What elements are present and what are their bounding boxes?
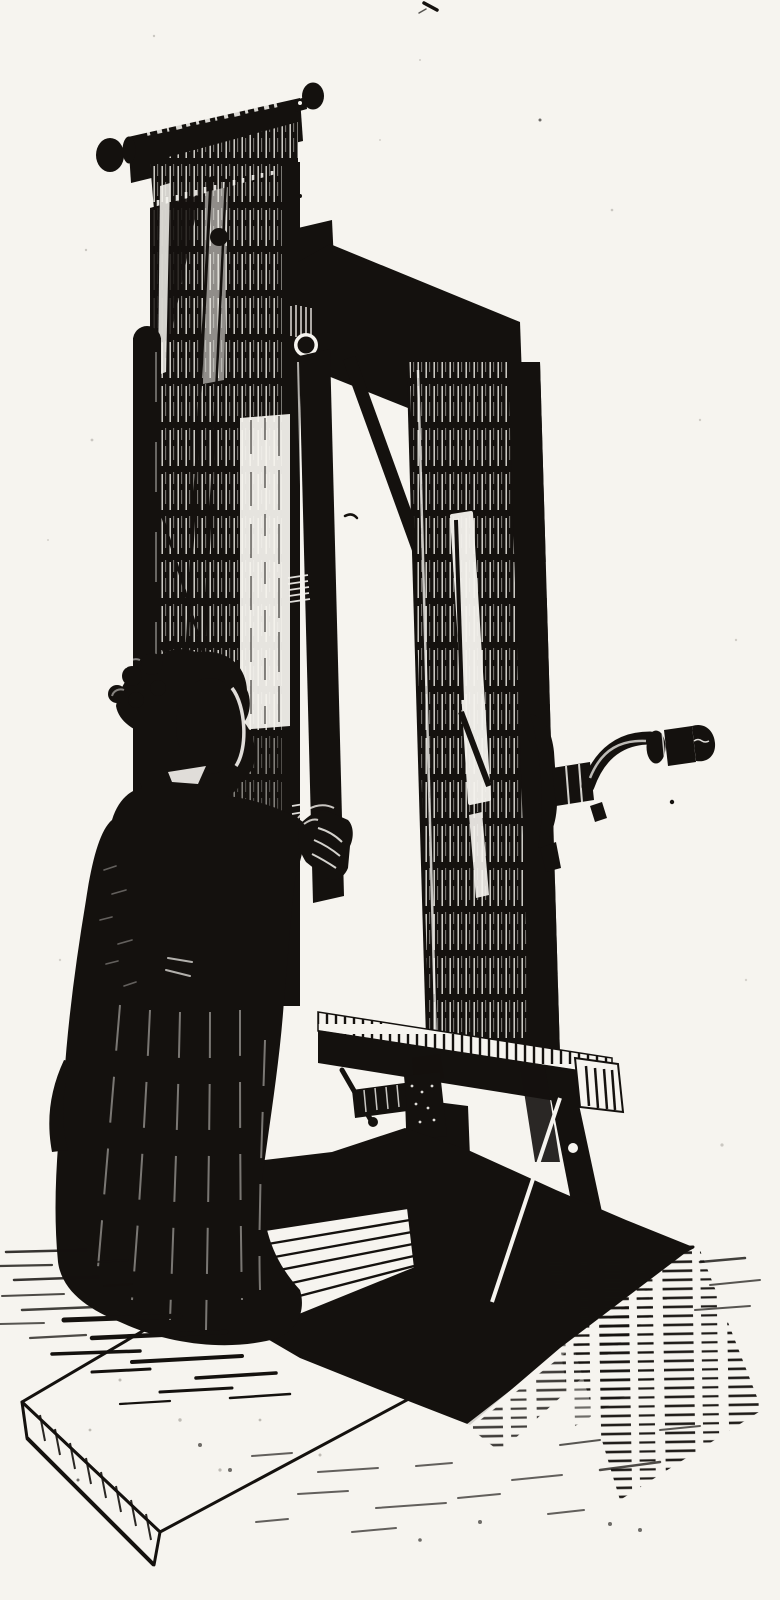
cord-weight xyxy=(210,228,228,246)
right-post xyxy=(408,362,560,1056)
engraving-illustration: A 19th-century engraving of a woman in a… xyxy=(0,0,780,1600)
engraving-canvas xyxy=(0,0,780,1600)
head-rest-cup xyxy=(176,678,244,774)
